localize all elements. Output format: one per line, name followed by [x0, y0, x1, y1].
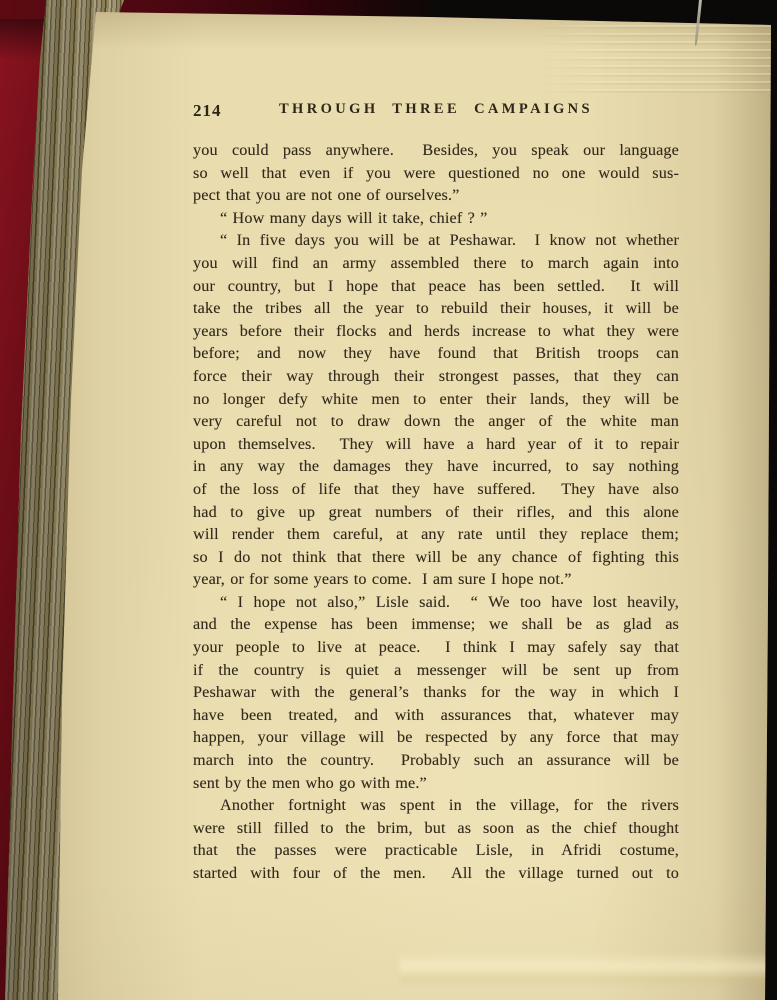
running-header: 214 THROUGH THREE CAMPAIGNS — [193, 101, 679, 127]
text-line: in any way the damages they have incurre… — [193, 455, 679, 478]
text-line: will render them careful, at any rate un… — [193, 523, 679, 546]
underlying-page-edges-top — [538, 17, 774, 93]
book-photo: 214 THROUGH THREE CAMPAIGNS you could pa… — [0, 0, 777, 1000]
paragraph: Another fortnight was spent in the villa… — [193, 794, 679, 884]
text-line: were still filled to the brim, but as so… — [193, 817, 679, 840]
text-line: sent by the men who go with me.” — [193, 772, 679, 795]
text-column: you could pass anywhere. Besides, you sp… — [193, 139, 679, 885]
underlying-page-edge-bottom — [400, 952, 772, 986]
text-line: of the loss of life that they have suffe… — [193, 478, 679, 501]
page-number: 214 — [193, 101, 222, 121]
text-line: upon themselves. They will have a hard y… — [193, 433, 679, 456]
text-line: very careful not to draw down the anger … — [193, 410, 679, 433]
text-line: so I do not think that there will be any… — [193, 546, 679, 569]
text-line: year, or for some years to come. I am su… — [193, 568, 679, 591]
text-line: started with four of the men. All the vi… — [193, 862, 679, 885]
text-line: force their way through their strongest … — [193, 365, 679, 388]
text-line: march into the country. Probably such an… — [193, 749, 679, 772]
running-title: THROUGH THREE CAMPAIGNS — [193, 101, 679, 118]
paragraph: you could pass anywhere. Besides, you sp… — [193, 139, 679, 207]
paragraph: “ How many days will it take, chief ? ” — [193, 207, 679, 230]
paragraph: “ I hope not also,” Lisle said. “ We too… — [193, 591, 679, 794]
text-line: and the expense has been immense; we sha… — [193, 613, 679, 636]
text-line: “ In five days you will be at Peshawar. … — [193, 229, 679, 252]
text-line: you will find an army assembled there to… — [193, 252, 679, 275]
text-line: pect that you are not one of ourselves.” — [193, 184, 679, 207]
text-line: have been treated, and with assurances t… — [193, 704, 679, 727]
text-line: Another fortnight was spent in the villa… — [193, 794, 679, 817]
text-line: that the passes were practicable Lisle, … — [193, 839, 679, 862]
text-line: no longer defy white men to enter their … — [193, 388, 679, 411]
text-line: happen, your village will be respected b… — [193, 726, 679, 749]
text-line: your people to live at peace. I think I … — [193, 636, 679, 659]
book-page: 214 THROUGH THREE CAMPAIGNS you could pa… — [0, 0, 777, 1000]
text-line: our country, but I hope that peace has b… — [193, 275, 679, 298]
text-line: years before their flocks and herds incr… — [193, 320, 679, 343]
text-line: “ I hope not also,” Lisle said. “ We too… — [193, 591, 679, 614]
text-line: if the country is quiet a messenger will… — [193, 659, 679, 682]
text-line: you could pass anywhere. Besides, you sp… — [193, 139, 679, 162]
text-line: before; and now they have found that Bri… — [193, 342, 679, 365]
paragraph: “ In five days you will be at Peshawar. … — [193, 229, 679, 591]
text-line: “ How many days will it take, chief ? ” — [193, 207, 679, 230]
text-line: so well that even if you were questioned… — [193, 162, 679, 185]
text-line: Peshawar with the general’s thanks for t… — [193, 681, 679, 704]
text-line: take the tribes all the year to rebuild … — [193, 297, 679, 320]
text-line: had to give up great numbers of their ri… — [193, 501, 679, 524]
